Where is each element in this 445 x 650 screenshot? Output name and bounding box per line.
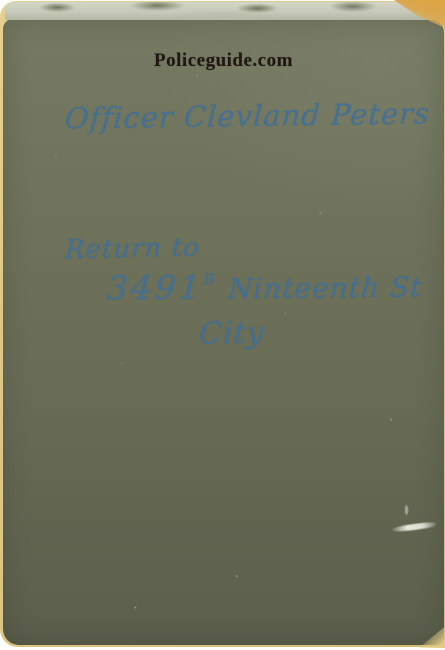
handwriting-house-number-superscript: B [203, 270, 215, 288]
handwriting-house-number: 3491 [106, 268, 204, 308]
scratch-mark [392, 521, 436, 532]
scratch-speck [405, 505, 408, 515]
handwriting-officer-name: Officer Clevland Peters [64, 96, 431, 135]
scanned-photo: Policeguide.com Officer Clevland Peters … [0, 0, 445, 650]
handwriting-address: 3491BNinteenth St [106, 266, 424, 308]
watermark-text: Policeguide.com [3, 50, 444, 72]
handwriting-city: City [198, 315, 265, 351]
handwriting-return-to: Return to [64, 233, 200, 265]
card-back: Policeguide.com Officer Clevland Peters … [3, 19, 444, 645]
handwriting-street: Ninteenth St [227, 271, 424, 306]
worn-top-edge [5, 2, 440, 20]
